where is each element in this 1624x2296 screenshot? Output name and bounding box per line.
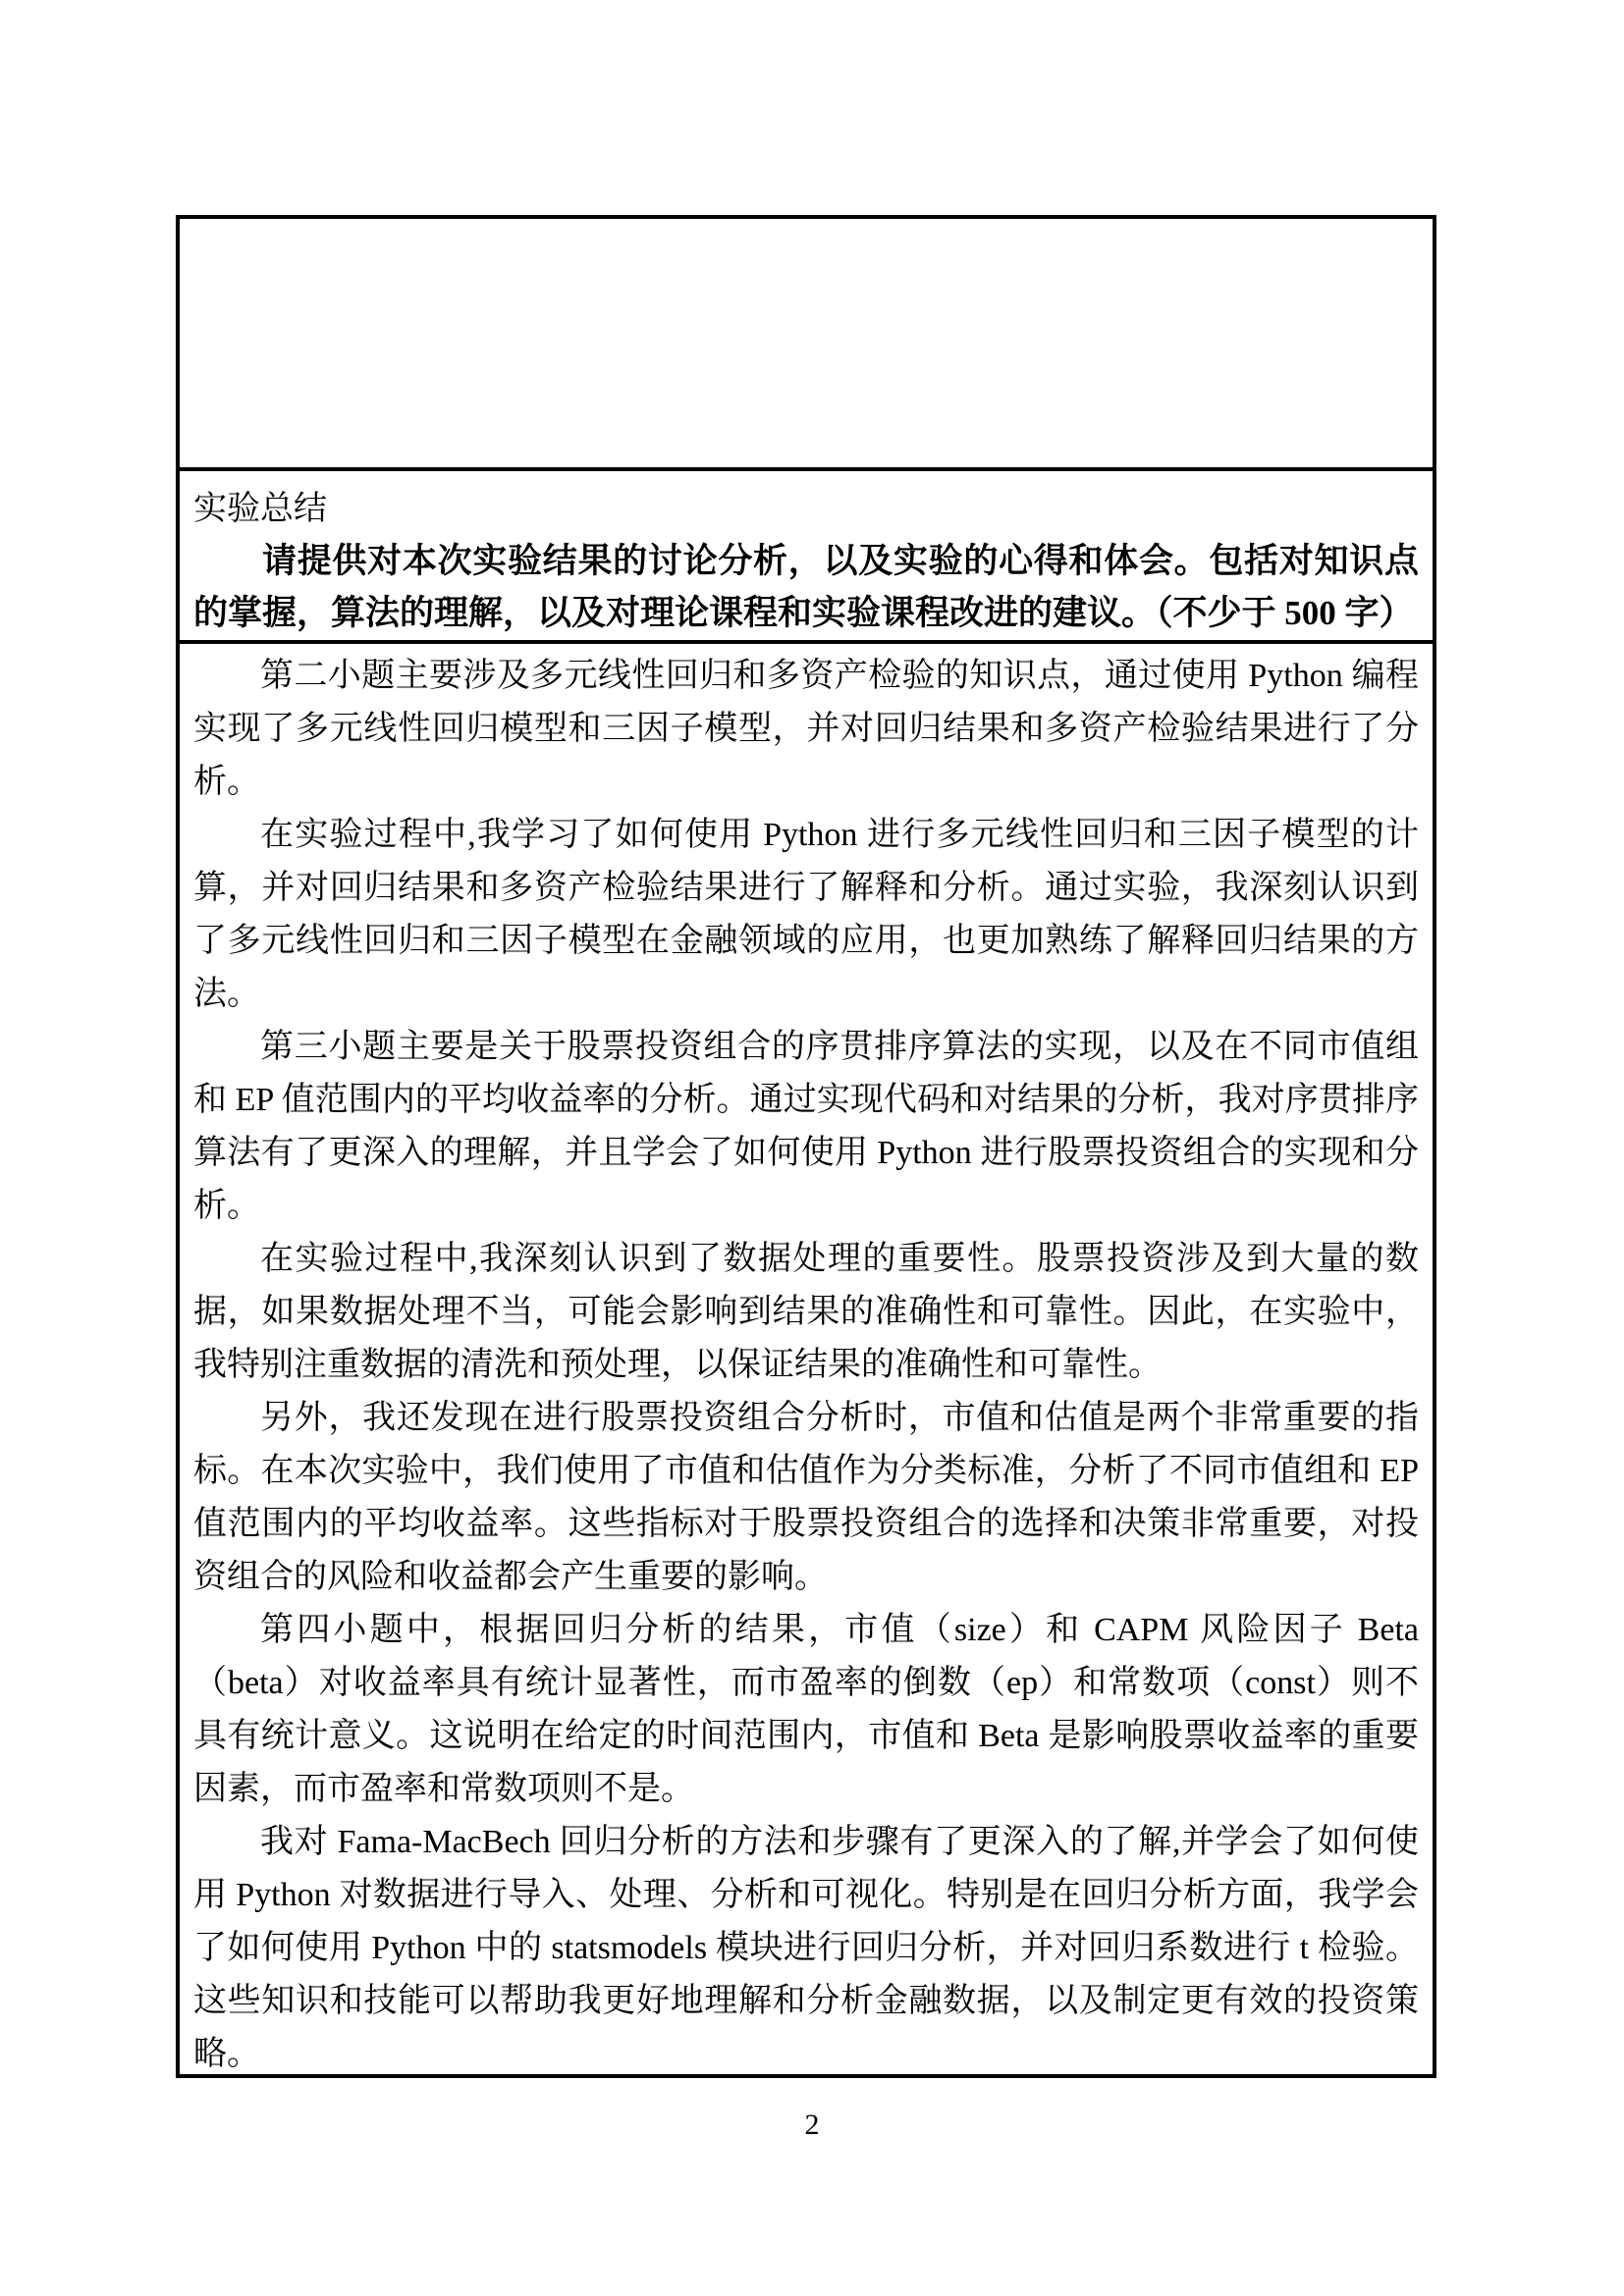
empty-cell: [180, 219, 1433, 471]
paragraph-1: 第二小题主要涉及多元线性回归和多资产检验的知识点，通过使用 Python 编程实…: [193, 650, 1419, 809]
summary-header-cell: 实验总结 请提供对本次实验结果的讨论分析，以及实验的心得和体会。包括对知识点的掌…: [180, 471, 1433, 644]
page-number: 2: [0, 2109, 1624, 2142]
summary-body-cell: 第二小题主要涉及多元线性回归和多资产检验的知识点，通过使用 Python 编程实…: [180, 644, 1433, 2074]
paragraph-6: 第四小题中，根据回归分析的结果，市值（size）和 CAPM 风险因子 Beta…: [193, 1604, 1419, 1816]
report-table: 实验总结 请提供对本次实验结果的讨论分析，以及实验的心得和体会。包括对知识点的掌…: [176, 215, 1436, 2078]
summary-label: 实验总结: [193, 483, 1419, 535]
paragraph-2: 在实验过程中,我学习了如何使用 Python 进行多元线性回归和三因子模型的计算…: [193, 809, 1419, 1021]
paragraph-7: 我对 Fama-MacBech 回归分析的方法和步骤有了更深入的了解,并学会了如…: [193, 1816, 1419, 2074]
paragraph-3: 第三小题主要是关于股票投资组合的序贯排序算法的实现，以及在不同市值组和 EP 值…: [193, 1021, 1419, 1233]
paragraph-4: 在实验过程中,我深刻认识到了数据处理的重要性。股票投资涉及到大量的数据，如果数据…: [193, 1233, 1419, 1392]
document-page: 实验总结 请提供对本次实验结果的讨论分析，以及实验的心得和体会。包括对知识点的掌…: [0, 0, 1624, 2296]
summary-prompt: 请提供对本次实验结果的讨论分析，以及实验的心得和体会。包括对知识点的掌握，算法的…: [193, 535, 1419, 639]
paragraph-5: 另外，我还发现在进行股票投资组合分析时，市值和估值是两个非常重要的指标。在本次实…: [193, 1392, 1419, 1604]
